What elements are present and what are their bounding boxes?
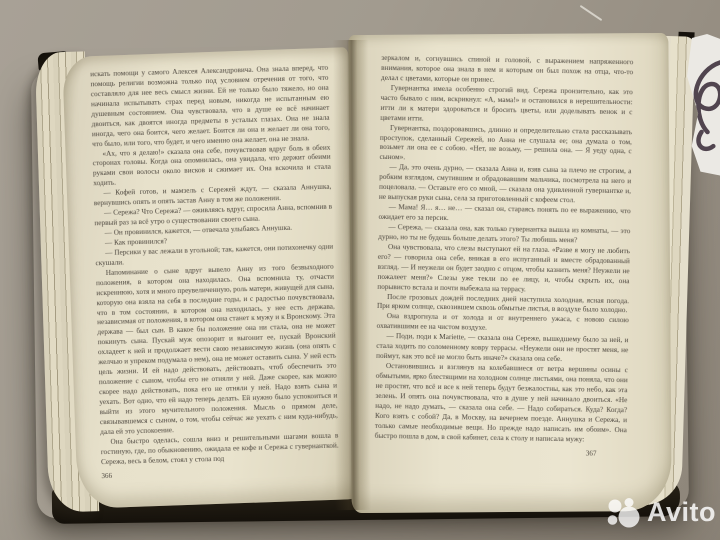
paragraph: Остановившись и взглянув на колебавшиеся… (375, 362, 628, 446)
avito-wordmark: Avito (647, 497, 716, 528)
right-page: зеркалом и, согнувшись спиной и головой,… (348, 33, 671, 513)
avito-logo-icon (604, 496, 642, 529)
book-photo: искать помощи у самого Алексея Александр… (0, 0, 720, 540)
paragraph: Гувернантка, поздоровавшись, длинно и оп… (379, 123, 632, 167)
left-page: искать помощи у самого Алексея Александр… (62, 47, 364, 509)
left-page-number: 366 (101, 465, 339, 481)
paragraph: Она быстро оделась, сошла вниз и решител… (100, 431, 339, 467)
paragraph: зеркалом и, согнувшись спиной и головой,… (381, 54, 633, 88)
paragraph: — Да, это очень дурно, — сказала Анна и,… (379, 163, 632, 207)
right-page-text: зеркалом и, согнувшись спиной и головой,… (374, 54, 633, 460)
paragraph: Гувернантка имела особенно строгий вид. … (380, 84, 633, 128)
paragraph: искать помощи у самого Алексея Александр… (90, 64, 330, 150)
paragraph: — Поди, поди к Mariette, — сказала она С… (376, 332, 628, 366)
left-page-text: искать помощи у самого Алексея Александр… (90, 64, 339, 482)
dust-fiber (580, 5, 603, 21)
avito-watermark: Avito (604, 496, 716, 529)
book-gutter-shadow (333, 40, 371, 510)
paragraph: Она чувствовала, что слезы выступают ей … (377, 243, 630, 297)
right-page-number: 367 (374, 445, 626, 459)
paragraph: «Ах, что я делаю!» сказала она себе, поч… (92, 143, 331, 189)
paragraph: Напоминание о сыне вдруг вывело Анну из … (96, 262, 339, 438)
